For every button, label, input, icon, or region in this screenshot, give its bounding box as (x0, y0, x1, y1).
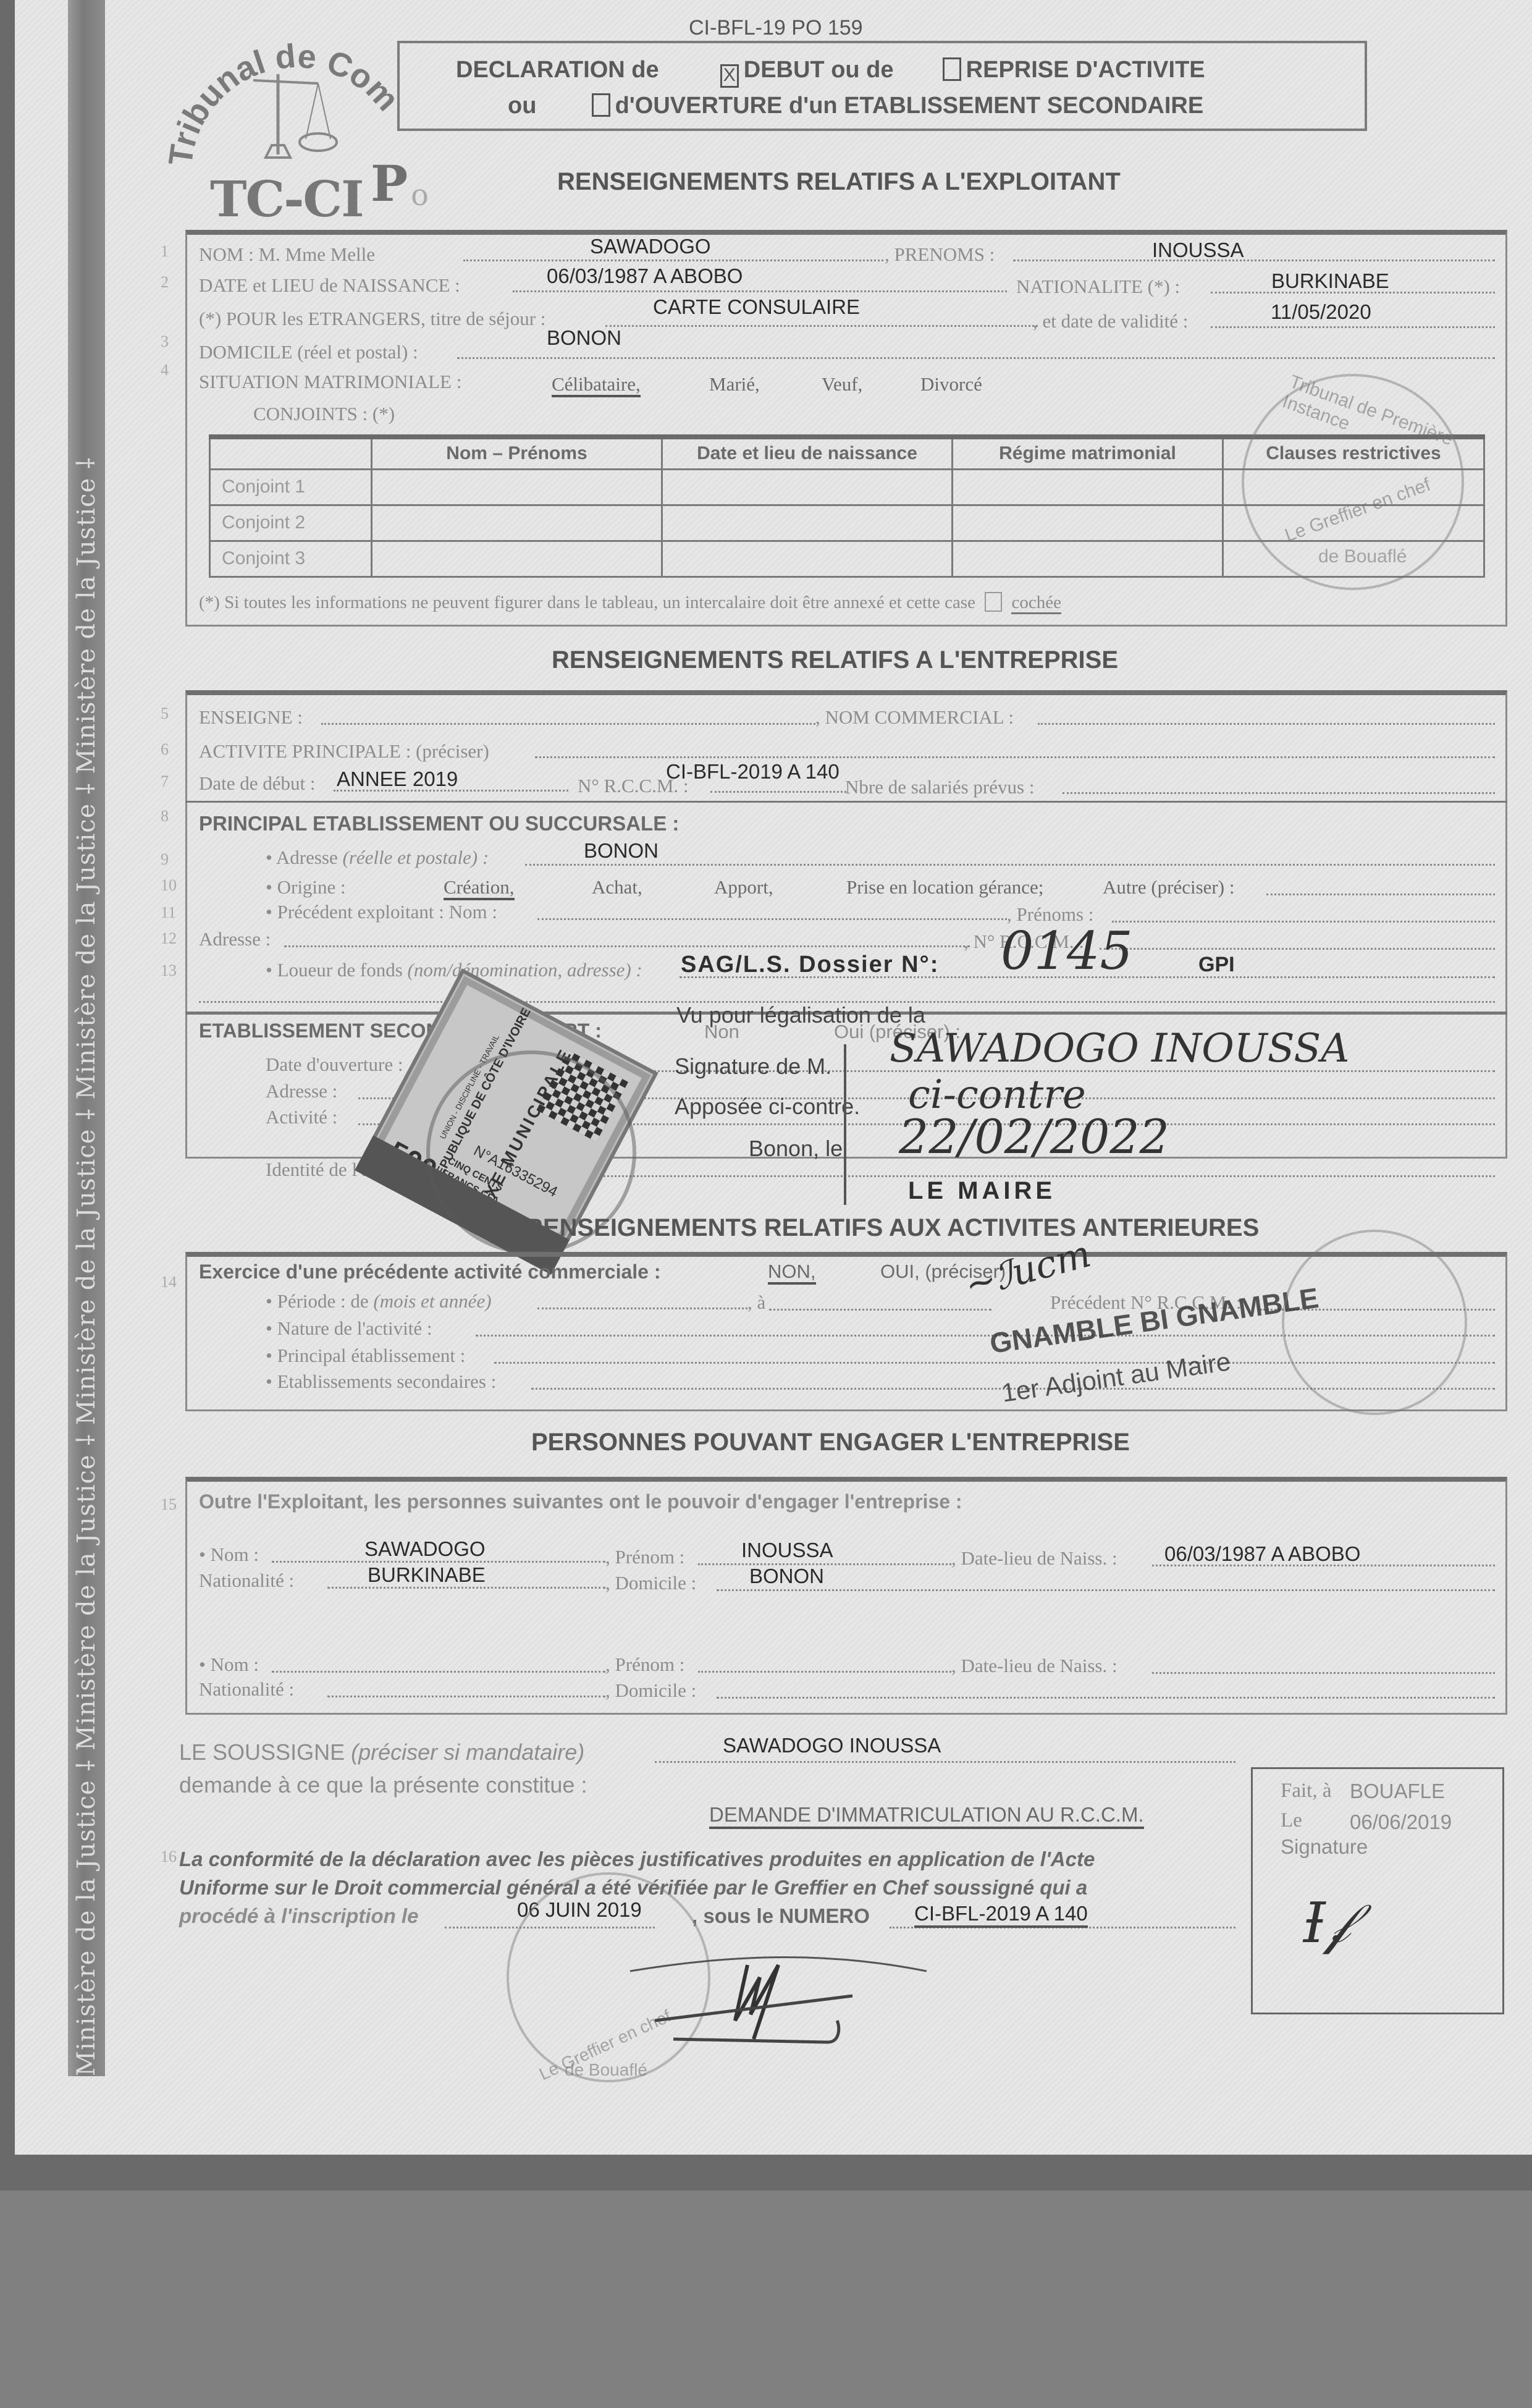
numero-label: , sous le NUMERO (692, 1904, 870, 1928)
logo-abbrev: TC-CI (210, 170, 363, 228)
domicile-field[interactable] (457, 357, 1495, 359)
nom-commercial-field[interactable] (1038, 723, 1495, 725)
line-number: 3 (161, 332, 169, 351)
precedent-exploitant-label: • Précédent exploitant : Nom : (266, 901, 497, 923)
reprise-label: REPRISE D'ACTIVITE (966, 57, 1205, 83)
dossier-prefix: SAG/L.S. Dossier N°: (681, 952, 939, 978)
debut-checkbox[interactable]: X (720, 64, 739, 88)
activites-anterieures-title: RENSEIGNEMENTS RELATIFS AUX ACTIVITES AN… (525, 1214, 1259, 1242)
person1-prenom-label: , Prénom : (605, 1546, 684, 1568)
adresse-label: • Adresse (réelle et postale) : (266, 847, 489, 869)
footnote-text: (*) Si toutes les informations ne peuven… (199, 593, 975, 612)
dossier-number-handwritten: 0145 (1001, 921, 1133, 981)
situation-option-marie[interactable]: Marié, (709, 373, 760, 395)
exercice-option-non[interactable]: NON, (768, 1261, 816, 1283)
signature-label: Signature (1281, 1835, 1368, 1859)
adresse-hint: (réelle et postale) : (343, 847, 489, 868)
conformite-text-1: La conformité de la déclaration avec les… (179, 1848, 1095, 1871)
fait-signature-box (1251, 1767, 1504, 2014)
periode-label-text: • Période : de (266, 1290, 369, 1312)
footnote-end: cochée (1011, 593, 1061, 614)
fait-value: BOUAFLE (1350, 1780, 1445, 1803)
soussigne-field[interactable] (655, 1761, 1235, 1763)
periode-hint: (mois et année) (373, 1290, 491, 1312)
line-number: 13 (161, 961, 177, 980)
ministry-strip-text: Ministère de la Justice ⸸ Ministère de l… (68, 0, 105, 2076)
table-cell[interactable] (662, 469, 953, 505)
personnes-intro: Outre l'Exploitant, les personnes suivan… (199, 1490, 962, 1513)
personnes-section-title: PERSONNES POUVANT ENGAGER L'ENTREPRISE (531, 1429, 1130, 1456)
conformite-text-3-prefix: procédé à l'inscription le (179, 1904, 418, 1928)
dossier-stamp: SAG/L.S. Dossier N°: (681, 952, 939, 978)
row-label: Conjoint 3 (210, 541, 372, 577)
ouverture-label: d'OUVERTURE d'un ETABLISSEMENT SECONDAIR… (615, 93, 1204, 119)
prenoms-field[interactable] (1013, 260, 1495, 261)
origine-label: • Origine : (266, 876, 346, 898)
situation-option-celibataire[interactable]: Célibataire, (552, 373, 641, 395)
table-cell[interactable] (953, 505, 1223, 541)
declaration-prefix: DECLARATION de (456, 57, 659, 83)
domicile-label: DOMICILE (réel et postal) : (199, 341, 418, 363)
person1-prenom: INOUSSA (741, 1539, 833, 1562)
fait-label: Fait, à (1281, 1780, 1331, 1802)
table-header (210, 437, 372, 469)
tribunal-commerce-logo: Tribunal de Commerce TC-CI P o (167, 12, 426, 216)
person1-naiss: 06/03/1987 A ABOBO (1164, 1542, 1360, 1566)
table-cell[interactable] (953, 541, 1223, 577)
line-number: 12 (161, 929, 177, 948)
domicile-value: BONON (547, 326, 621, 350)
validite-label: , et date de validité : (1033, 310, 1188, 332)
person1-dom-label: , Domicile : (605, 1572, 696, 1594)
person1-nom-field[interactable] (272, 1561, 605, 1563)
adresse2-field[interactable] (284, 945, 970, 947)
ministry-side-strip: Ministère de la Justice ⸸ Ministère de l… (68, 0, 105, 2076)
signature-name-handwritten: SAWADOGO INOUSSA (890, 1026, 1349, 1071)
person2-nat-label: Nationalité : (199, 1678, 294, 1700)
line-number: 15 (161, 1495, 177, 1514)
debut-label: DEBUT ou de (744, 57, 894, 83)
legalisation-signature-line: Signature de M. (675, 1054, 831, 1079)
greffier-signature (618, 1928, 927, 2051)
legalisation-apposee-line: Apposée ci-contre. (675, 1094, 860, 1120)
naissance-field[interactable] (513, 290, 1007, 292)
nationalite-value: BURKINABE (1271, 269, 1389, 293)
naissance-label: DATE et LIEU de NAISSANCE : (199, 274, 460, 297)
conjoints-footnote: (*) Si toutes les informations ne peuven… (199, 592, 1061, 613)
line-number: 4 (161, 361, 169, 379)
validite-value: 11/05/2020 (1271, 300, 1371, 324)
le-maire-stamp: LE MAIRE (908, 1177, 1056, 1205)
periode-a-label: , à (747, 1291, 765, 1314)
prenoms-value: INOUSSA (1152, 239, 1244, 262)
date-debut-value: ANNEE 2019 (337, 767, 458, 791)
loueur-hint: (nom/dénomination, adresse) : (408, 959, 642, 981)
origine-option-label: Création, (444, 876, 515, 900)
person1-nom-label: • Nom : (199, 1544, 259, 1566)
nom-row: NOM : M. Mme Melle (199, 243, 375, 266)
exercice-option-label: NON, (768, 1261, 816, 1285)
declarant-signature: Ɨ𝒻 (1303, 1891, 1350, 1956)
periode-label: • Période : de (mois et année) (266, 1290, 492, 1312)
nom-commercial-label: , NOM COMMERCIAL : (815, 706, 1014, 729)
enseigne-field[interactable] (321, 723, 815, 725)
enseigne-label: ENSEIGNE : (199, 706, 303, 729)
soussigne-label: LE SOUSSIGNE (préciser si mandataire) (179, 1739, 584, 1765)
origine-autre-field[interactable] (1266, 893, 1495, 895)
line-number: 16 (161, 1848, 177, 1866)
precedent-nom-field[interactable] (537, 918, 1007, 920)
table-cell[interactable] (662, 505, 953, 541)
tribunal-round-stamp: Tribunal de Première Instance Le Greffie… (1242, 374, 1464, 590)
ouverture-checkbox[interactable] (592, 93, 610, 117)
soussigne-hint: (préciser si mandataire) (351, 1739, 584, 1765)
line-number: 7 (161, 772, 169, 791)
stamp-text: Le Greffier en chef (1282, 475, 1434, 547)
stamp-frame (834, 1044, 846, 1205)
person2-prenom-field[interactable] (698, 1671, 951, 1673)
person2-dom-label: , Domicile : (605, 1679, 696, 1702)
person1-nat: BURKINABE (368, 1563, 486, 1587)
reference-number: CI-BFL-19 PO 159 (689, 16, 863, 40)
precedent-prenoms-field[interactable] (1112, 921, 1495, 923)
person2-naiss-label: , Date-lieu de Naiss. : (951, 1655, 1117, 1677)
reprise-checkbox[interactable] (943, 57, 961, 81)
person1-dom-field[interactable] (717, 1589, 1495, 1591)
row-label: Conjoint 1 (210, 469, 372, 505)
titre-sejour-value: CARTE CONSULAIRE (653, 295, 860, 319)
loueur-label: • Loueur de fonds (nom/dénomination, adr… (266, 959, 642, 981)
table-header: Régime matrimonial (953, 437, 1223, 469)
periode-a-field[interactable] (769, 1309, 991, 1311)
activite-label: ACTIVITE PRINCIPALE : (préciser) (199, 740, 489, 763)
svg-text:Tribunal de Commerce: Tribunal de Commerce (167, 12, 406, 168)
le-value: 06/06/2019 (1350, 1810, 1452, 1834)
line-number: 11 (161, 903, 176, 922)
naissance-value: 06/03/1987 A ABOBO (547, 264, 743, 288)
origine-option-achat[interactable]: Achat, (592, 876, 642, 898)
demande-line: demande à ce que la présente constitue : (179, 1772, 587, 1798)
entreprise-section-title: RENSEIGNEMENTS RELATIFS A L'ENTREPRISE (552, 646, 1118, 674)
rccm2-field[interactable] (1100, 948, 1495, 950)
conjoints-label: CONJOINTS : (*) (253, 403, 395, 425)
salaries-label: Nbre de salariés prévus : (845, 776, 1034, 798)
person2-naiss-field[interactable] (1152, 1672, 1495, 1674)
nom-field[interactable] (463, 260, 883, 261)
legalisation-place-date: Bonon, le (749, 1136, 843, 1162)
titre-sejour-field[interactable] (605, 325, 1038, 327)
table-cell[interactable] (372, 505, 662, 541)
person1-nat-field[interactable] (327, 1587, 605, 1589)
divider (185, 801, 1507, 803)
principal-etab-label: • Principal établissement : (266, 1345, 465, 1367)
person1-nat-label: Nationalité : (199, 1569, 294, 1592)
tribunal-round-stamp-2 (1282, 1230, 1467, 1415)
origine-option-apport[interactable]: Apport, (714, 876, 773, 898)
person1-dom: BONON (749, 1565, 824, 1588)
situation-option-veuf[interactable]: Veuf, (822, 373, 862, 395)
logo-suffix: P (371, 154, 408, 213)
adresse2-label: Adresse : (199, 928, 271, 950)
titre-sejour-label: (*) POUR les ETRANGERS, titre de séjour … (199, 308, 545, 330)
legalisation-date-handwritten: 22/02/2022 (899, 1109, 1169, 1164)
stamp-text: de Bouaflé (1318, 546, 1407, 567)
loueur-label-text: • Loueur de fonds (266, 959, 403, 981)
principal-etablissement-title: PRINCIPAL ETABLISSEMENT OU SUCCURSALE : (199, 812, 679, 835)
soussigne-label-text: LE SOUSSIGNE (179, 1739, 345, 1765)
intercalaire-checkbox[interactable] (985, 592, 1002, 612)
prenoms-label: , PRENOMS : (885, 243, 995, 266)
person2-prenom-label: , Prénom : (605, 1654, 684, 1676)
origine-option-location-gerance[interactable]: Prise en location gérance; (846, 876, 1043, 898)
situation-option-divorce[interactable]: Divorcé (920, 373, 982, 395)
logo-suffix-small: o (411, 178, 429, 213)
adresse-field[interactable] (525, 864, 1495, 866)
soussigne-value: SAWADOGO INOUSSA (723, 1734, 941, 1757)
table-cell[interactable] (662, 541, 953, 577)
validite-field[interactable] (1211, 326, 1495, 328)
secondaires-label: • Etablissements secondaires : (266, 1371, 496, 1393)
declaration-line-2: ou d'OUVERTURE d'un ETABLISSEMENT SECOND… (508, 93, 1203, 119)
legalisation-vu-line: Vu pour légalisation de la (676, 1002, 925, 1028)
demande-value: DEMANDE D'IMMATRICULATION AU R.C.C.M. (709, 1803, 1144, 1829)
le-label: Le (1281, 1809, 1302, 1832)
date-debut-label: Date de début : (199, 772, 316, 795)
line-number: 6 (161, 740, 169, 759)
ou-label: ou (508, 93, 536, 119)
date-ouverture-label: Date d'ouverture : (266, 1054, 403, 1076)
row-label: Conjoint 2 (210, 505, 372, 541)
table-header: Date et lieu de naissance (662, 437, 953, 469)
activite-field[interactable] (535, 756, 1495, 758)
rccm-field[interactable] (710, 791, 846, 793)
origine-option-autre[interactable]: Autre (préciser) : (1103, 876, 1234, 898)
line-number: 10 (161, 876, 177, 895)
line-number: 8 (161, 807, 169, 826)
sec-adresse-label: Adresse : (266, 1080, 337, 1102)
exploitant-section-title: RENSEIGNEMENTS RELATIFS A L'EXPLOITANT (557, 168, 1121, 196)
line-number: 2 (161, 273, 169, 292)
situation-label: SITUATION MATRIMONIALE : (199, 371, 461, 393)
stamp-text: de Bouaflé (565, 2060, 647, 2080)
adresse-value: BONON (584, 839, 659, 863)
person2-nom-field[interactable] (272, 1671, 605, 1673)
nationalite-label: NATIONALITE (*) : (1016, 276, 1180, 298)
dossier-suffix: GPI (1198, 953, 1235, 977)
exercice-label: Exercice d'une précédente activité comme… (199, 1261, 661, 1283)
situation-option-label: Célibataire, (552, 373, 641, 397)
table-cell[interactable] (372, 541, 662, 577)
person1-nom: SAWADOGO (364, 1537, 486, 1561)
person1-prenom-field[interactable] (698, 1563, 951, 1565)
origine-option-creation[interactable]: Création, (444, 876, 515, 898)
numero-value: CI-BFL-2019 A 140 (914, 1902, 1088, 1928)
nom-label: NOM : M. Mme Melle (199, 243, 375, 265)
salaries-field[interactable] (1063, 792, 1495, 794)
nature-label: • Nature de l'activité : (266, 1317, 432, 1340)
line-number: 5 (161, 704, 169, 723)
person2-nat-field[interactable] (327, 1696, 605, 1697)
periode-de-field[interactable] (537, 1308, 747, 1309)
table-header: Nom – Prénoms (372, 437, 662, 469)
line-number: 9 (161, 850, 169, 869)
rccm-value: CI-BFL-2019 A 140 (666, 760, 840, 784)
line-number: 14 (161, 1273, 177, 1291)
person2-dom-field[interactable] (717, 1697, 1495, 1699)
adresse-label-text: • Adresse (266, 847, 338, 868)
line-number: 1 (161, 242, 169, 261)
table-cell[interactable] (953, 469, 1223, 505)
sec-activite-label: Activité : (266, 1106, 337, 1128)
table-cell[interactable] (372, 469, 662, 505)
nom-value: SAWADOGO (590, 235, 711, 258)
person1-naiss-label: , Date-lieu de Naiss. : (951, 1547, 1117, 1569)
declaration-line-1: DECLARATION de XDEBUT ou de REPRISE D'AC… (456, 57, 1205, 88)
person2-nom-label: • Nom : (199, 1654, 259, 1676)
